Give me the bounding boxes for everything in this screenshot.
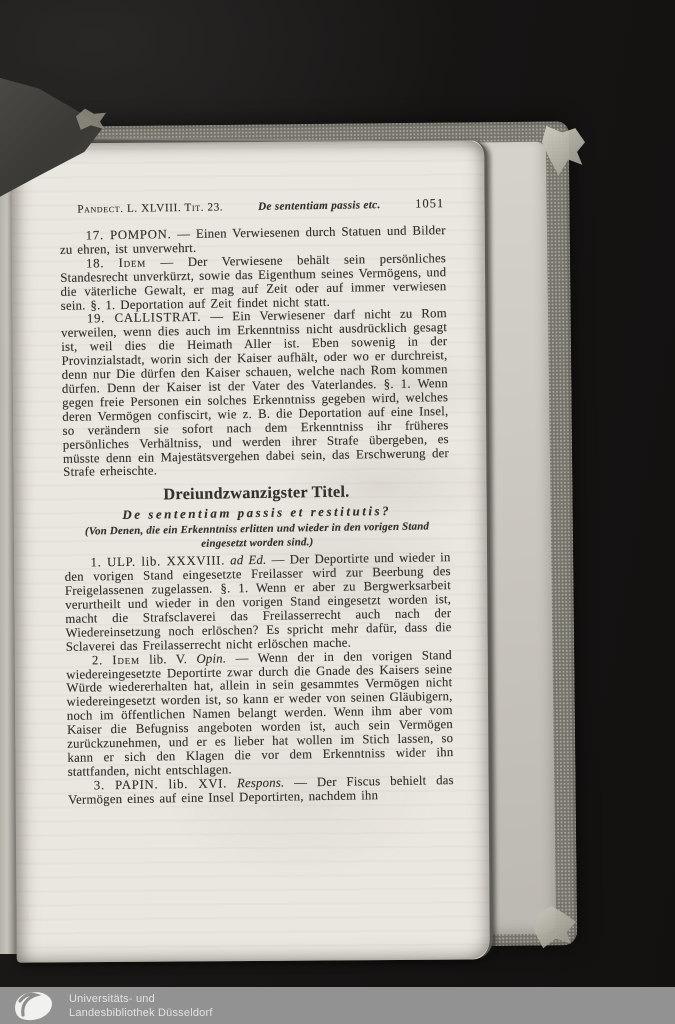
section-title: Dreiundzwanzigster Titel.	[63, 481, 449, 506]
paragraph-18: 18. Idem — Der Verwiesene behält sein pe…	[60, 252, 447, 313]
dash: —	[160, 255, 173, 269]
paragraph-1: 1. ULP. lib. XXXVIII. ad Ed. — Der Depor…	[64, 551, 451, 654]
paragraph-3: 3. PAPIN. lib. XVI. Respons. — Der Fiscu…	[68, 774, 454, 808]
book-photo-scene: Pandect. L. XLVIII. Tit. 23. De sententi…	[0, 0, 675, 1024]
dash: —	[271, 553, 284, 567]
header-series-title: Pandect. L. XLVIII. Tit. 23.	[77, 201, 223, 215]
paragraph-2-text: Wenn der in den vorigen Stand wiedereing…	[66, 648, 453, 779]
section-subtitle-translation: (Von Denen, die ein Erkenntniss erlitten…	[75, 521, 439, 553]
paragraph-2-work: Opin.	[196, 651, 226, 665]
watermark-text: Universitäts- und Landesbibliothek Düsse…	[69, 992, 213, 1020]
watermark-line1: Universitäts- und	[69, 992, 213, 1006]
paragraph-2-number: 2.	[92, 653, 103, 667]
paragraph-19: 19. CALLISTRAT. — Ein Verwiesener darf n…	[61, 308, 449, 481]
running-header: Pandect. L. XLVIII. Tit. 23. De sententi…	[59, 196, 445, 217]
header-chapter-title: De sententiam passis etc.	[258, 199, 381, 213]
paragraph-3-work: Respons.	[237, 775, 285, 790]
ulb-duesseldorf-logo-icon	[8, 990, 56, 1022]
page-text-block: Pandect. L. XLVIII. Tit. 23. De sententi…	[59, 196, 454, 807]
dash: —	[294, 775, 307, 789]
paragraph-2: 2. Idem lib. V. Opin. — Wenn der in den …	[66, 649, 454, 780]
paragraph-18-number: 18.	[86, 256, 104, 270]
watermark-line2: Landesbibliothek Düsseldorf	[69, 1006, 213, 1020]
dash: —	[177, 227, 190, 241]
book-page: Pandect. L. XLVIII. Tit. 23. De sententi…	[11, 140, 493, 962]
paragraph-2-author: Idem	[112, 652, 140, 666]
paragraph-19-text: Ein Verwiesener darf nicht zu Rom verwei…	[61, 307, 449, 480]
page-number: 1051	[415, 196, 444, 211]
paragraph-1-work: ad Ed.	[230, 553, 267, 568]
paragraph-2-book: lib. V.	[149, 652, 187, 667]
dash: —	[210, 310, 223, 324]
dash: —	[235, 651, 248, 665]
paragraph-17-lead: 17. POMPON.	[86, 227, 172, 242]
library-watermark-bar: Universitäts- und Landesbibliothek Düsse…	[0, 987, 675, 1024]
paragraph-18-author: Idem	[118, 255, 146, 269]
